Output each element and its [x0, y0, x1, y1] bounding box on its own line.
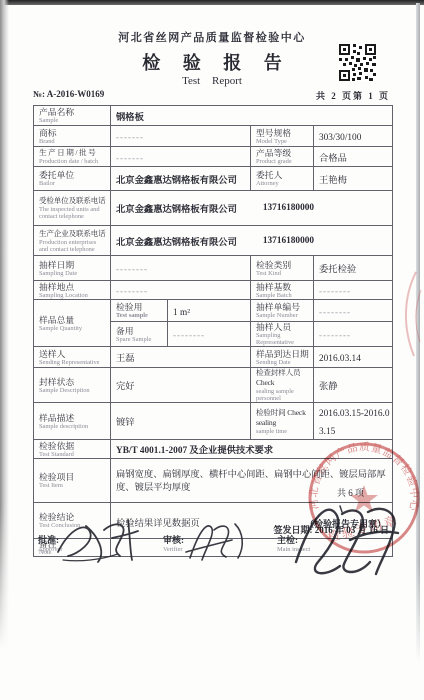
- label-test-item: 检验项目 Test Item: [34, 459, 111, 503]
- label-test-kind: 检验类别 Test Kind: [251, 256, 314, 281]
- row-sending: 送样人 Sending Representative 王磊 样品到达日期 Sen…: [34, 347, 393, 368]
- value-sampling-representative: --------: [314, 322, 393, 347]
- row-brand-model: 商标 Brand ------- 型号规格 Model Type 303/30/…: [34, 126, 393, 147]
- label-sending-date: 样品到达日期 Sending Date: [251, 347, 314, 368]
- value-sample-number: --------: [314, 300, 393, 322]
- scan-edge-right: [416, 3, 420, 663]
- label-test-sample: 检验用 Test sample: [111, 300, 168, 322]
- org-name: 河北省丝网产品质量监督检验中心: [0, 29, 424, 45]
- label-check-sealing-time: 检验时间 Check sealing sample time: [251, 403, 314, 440]
- value-note: [111, 539, 393, 557]
- value-test-sample: 1 m²: [168, 300, 251, 322]
- verifier-label: 审核: Verifier: [163, 533, 184, 553]
- value-test-item: 扁钢宽度、扁钢厚度、横杆中心间距、扁钢中心间距、镀层局部厚度、镀层平均厚度 共 …: [111, 459, 393, 503]
- row-test-item: 检验项目 Test Item 扁钢宽度、扁钢厚度、横杆中心间距、扁钢中心间距、镀…: [34, 459, 393, 503]
- value-brand: -------: [111, 126, 251, 147]
- scan-edge-left: [0, 0, 9, 650]
- label-sample-quantity: 样品总量 Sample Quantity: [34, 300, 111, 347]
- value-sample-batch: --------: [314, 281, 393, 300]
- row-test-conclusion: 检验结论 Test Conclusion 检验结果详见数据页 （检验报告专用章）…: [34, 503, 393, 539]
- label-attorney: 委托人 Attorney: [251, 167, 314, 191]
- scanned-report-page: 河北省丝网产品质量监督检验中心 检 验 报 告 Test Report №: A…: [0, 0, 424, 700]
- report-table: 产品名称 Sample 钢格板 商标 Brand ------- 型号规格 Mo…: [33, 105, 393, 557]
- production-enterprise-phone: 13716180000: [263, 236, 314, 246]
- test-item-count: 共 6 项: [337, 486, 364, 499]
- label-sampling-representative: 抽样人员 Sampling Representative: [251, 322, 314, 347]
- label-sample-number: 抽样单编号 Sample Number: [251, 300, 314, 322]
- row-sample-quantity-test: 样品总量 Sample Quantity 检验用 Test sample 1 m…: [34, 300, 393, 322]
- row-sample-condition: 封样状态 Sample Description 完好 检查封样人员 Check …: [34, 368, 393, 403]
- value-inspected-units: 北京金鑫惠达钢格板有限公司 13716180000: [111, 191, 393, 226]
- inspected-units-phone: 13716180000: [263, 203, 314, 213]
- label-brand: 商标 Brand: [34, 126, 111, 147]
- label-model: 型号规格 Model Type: [251, 126, 314, 147]
- value-check-sealing-personnel: 张静: [314, 368, 393, 403]
- value-model: 303/30/100: [314, 126, 393, 147]
- value-sending-date: 2016.03.14: [314, 347, 393, 368]
- label-sampling-location: 抽样地点 Sampling Location: [34, 281, 111, 300]
- row-sample-description: 样品描述 Sample description 镀锌 检验时间 Check se…: [34, 403, 393, 440]
- label-sampling-date: 抽样日期 Sampling Date: [34, 256, 111, 281]
- value-spare-sample: --------: [168, 322, 251, 347]
- row-note: 备注 Note: [34, 539, 393, 557]
- label-spare-sample: 备用 Spare Sample: [111, 322, 168, 347]
- value-sending-representative: 王磊: [111, 347, 251, 368]
- row-sampling-location: 抽样地点 Sampling Location -------- 抽样基数 Sam…: [34, 281, 393, 300]
- value-product-name: 钢格板: [111, 106, 393, 126]
- row-production-enterprise: 生产企业及联系电话 Production enterprises and con…: [34, 226, 393, 256]
- value-sampling-location: --------: [111, 281, 251, 300]
- value-production-date: -------: [111, 147, 251, 167]
- label-production-date: 生 产 日 期 / 批 号 Production date / batch: [34, 147, 111, 167]
- value-grade: 合格品: [314, 147, 393, 167]
- label-inspected-units: 受检单位及联系电话 The inspected units and contac…: [34, 191, 111, 226]
- row-inspected-units: 受检单位及联系电话 The inspected units and contac…: [34, 191, 393, 226]
- label-sample-description: 样品描述 Sample description: [34, 403, 111, 440]
- label-sample-batch: 抽样基数 Sample Batch: [251, 281, 314, 300]
- value-test-conclusion: 检验结果详见数据页 （检验报告专用章） 签发日期: 2016 年 03 月 16…: [111, 503, 393, 539]
- label-check-sealing-personnel: 检查封样人员 Check sealing sample personnel: [251, 368, 314, 403]
- approver-label: 批准: Approver: [38, 533, 63, 553]
- value-sample-description: 镀锌: [111, 403, 251, 440]
- label-test-standard: 检验依据 Test Standard: [34, 440, 111, 459]
- value-attorney: 王艳梅: [314, 167, 393, 191]
- qr-code-icon: [339, 44, 376, 81]
- scan-edge-top: [0, 0, 424, 5]
- value-test-kind: 委托检验: [314, 256, 393, 281]
- label-sample-condition: 封样状态 Sample Description: [34, 368, 111, 403]
- row-test-standard: 检验依据 Test Standard YB/T 4001.1-2007 及企业提…: [34, 440, 393, 459]
- row-sampling-date: 抽样日期 Sampling Date -------- 检验类别 Test Ki…: [34, 256, 393, 281]
- value-sample-condition: 完好: [111, 368, 251, 403]
- value-check-sealing-time: 2016.03.15-2016.03.15: [314, 403, 393, 440]
- row-production-grade: 生 产 日 期 / 批 号 Production date / batch --…: [34, 147, 393, 167]
- main-inspect-label: 主检: Main inspect: [277, 533, 310, 553]
- label-product-name: 产品名称 Sample: [34, 106, 111, 126]
- value-production-enterprise: 北京金鑫惠达钢格板有限公司 13716180000: [111, 226, 393, 256]
- value-bailor: 北京金鑫惠达钢格板有限公司: [111, 167, 251, 191]
- value-sampling-date: --------: [111, 256, 251, 281]
- label-grade: 产品等级 Product grade: [251, 147, 314, 167]
- row-product-name: 产品名称 Sample 钢格板: [34, 106, 393, 126]
- label-sending-representative: 送样人 Sending Representative: [34, 347, 111, 368]
- value-test-standard: YB/T 4001.1-2007 及企业提供技术要求: [111, 440, 393, 459]
- label-bailor: 委托单位 Bailor: [34, 167, 111, 191]
- row-bailor-attorney: 委托单位 Bailor 北京金鑫惠达钢格板有限公司 委托人 Attorney 王…: [34, 167, 393, 191]
- report-number: №: A-2016-W0169: [33, 89, 104, 99]
- label-production-enterprise: 生产企业及联系电话 Production enterprises and con…: [34, 226, 111, 256]
- page-info: 共 2 页第 1 页: [316, 89, 390, 102]
